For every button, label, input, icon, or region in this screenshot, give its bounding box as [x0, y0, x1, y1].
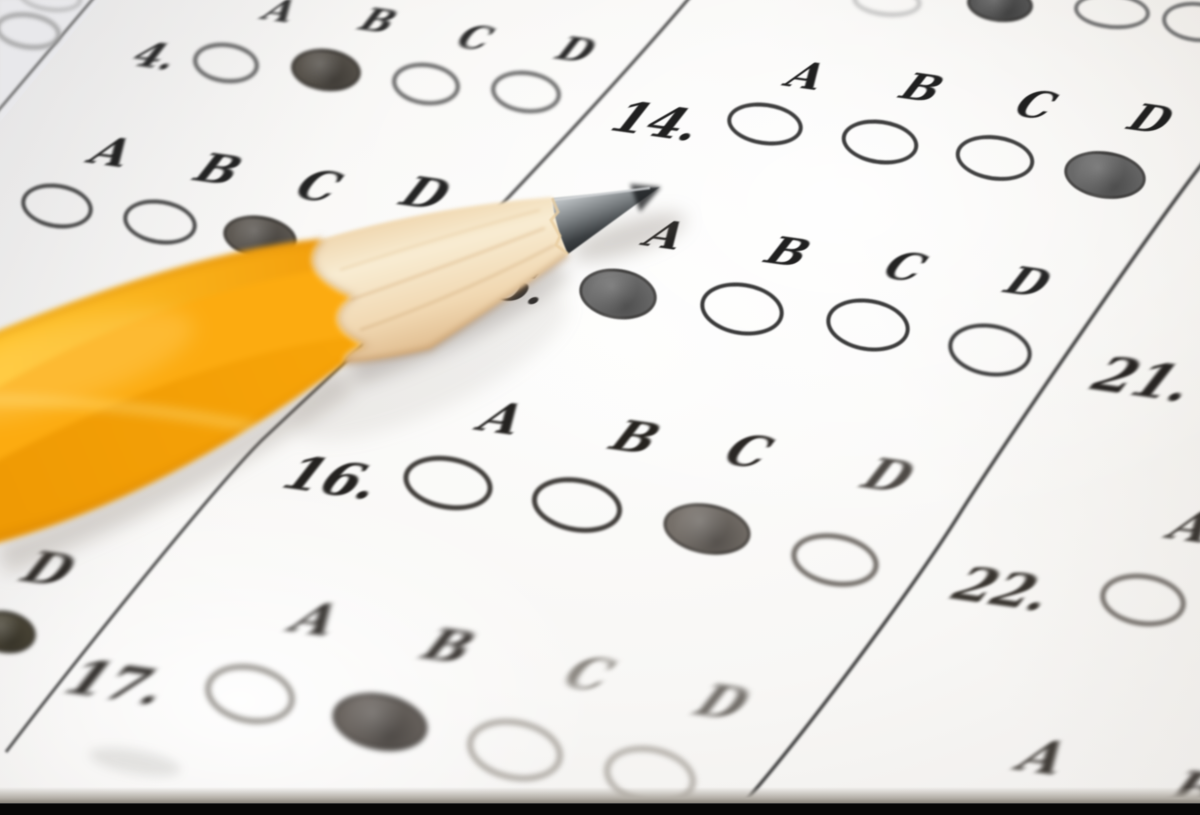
pencil [0, 0, 1200, 815]
answer-sheet-photo: 4. A B C D A B C D 14. A B C D 5. A B C … [0, 0, 1200, 815]
